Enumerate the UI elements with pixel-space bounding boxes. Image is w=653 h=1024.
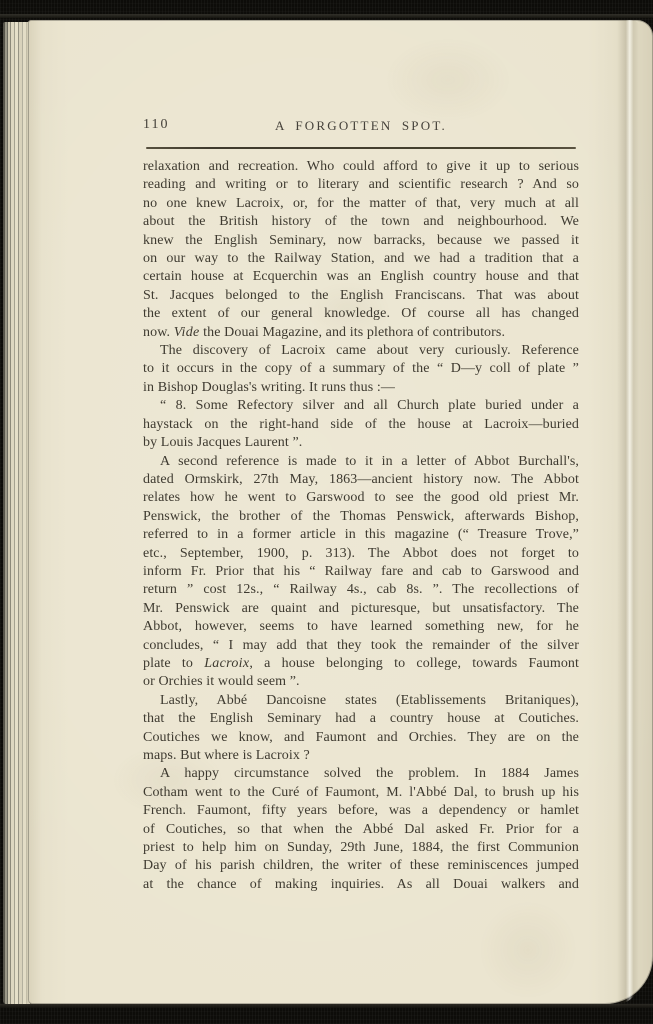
text-line: now. Vide the Douai Magazine, and its pl… (143, 324, 579, 342)
text-line: Day of his parish children, the writer o… (143, 857, 579, 875)
fore-edge-page-stack (3, 22, 30, 1004)
page-body: relaxation and recreation. Who could aff… (143, 158, 579, 894)
cover-seam-top (0, 14, 653, 18)
text-line: etc., September, 1900, p. 313). The Abbo… (143, 545, 579, 563)
text-line: by Louis Jacques Laurent ”. (143, 434, 579, 452)
text-line: the extent of our general knowledge. Of … (143, 305, 579, 323)
text-line: haystack on the right-hand side of the h… (143, 416, 579, 434)
text-line: no one knew Lacroix, or, for the matter … (143, 195, 579, 213)
cover-seam-bottom (0, 1004, 653, 1008)
paragraph: “ 8. Some Refectory silver and all Churc… (143, 397, 579, 452)
text-line: relates how he went to Garswood to see t… (143, 489, 579, 507)
text-line: “ 8. Some Refectory silver and all Churc… (143, 397, 579, 415)
text-line: on our way to the Railway Station, and w… (143, 250, 579, 268)
text-line: return ” cost 12s., “ Railway 4s., cab 8… (143, 581, 579, 599)
text-line: relaxation and recreation. Who could aff… (143, 158, 579, 176)
running-title: A FORGOTTEN SPOT. (143, 118, 579, 134)
text-line: plate to Lacroix, a house belonging to c… (143, 655, 579, 673)
paragraph: Lastly, Abbé Dancoisne states (Etablisse… (143, 692, 579, 766)
header-rule (146, 147, 576, 149)
text-line: A happy circumstance solved the problem.… (143, 765, 579, 783)
text-line: Coutiches we know, and Faumont and Orchi… (143, 729, 579, 747)
text-line: St. Jacques belonged to the English Fran… (143, 287, 579, 305)
text-line: Cotham went to the Curé of Faumont, M. l… (143, 784, 579, 802)
paragraph: A happy circumstance solved the problem.… (143, 765, 579, 894)
text-line: to it occurs in the copy of a summary of… (143, 360, 579, 378)
text-line: of Coutiches, so that when the Abbé Dal … (143, 821, 579, 839)
text-line: dated Ormskirk, 27th May, 1863—ancient h… (143, 471, 579, 489)
text-line: concludes, “ I may add that they took th… (143, 637, 579, 655)
text-line: Abbot, however, seems to have learned so… (143, 618, 579, 636)
text-line: priest to help him on Sunday, 29th June,… (143, 839, 579, 857)
text-line: that the English Seminary had a country … (143, 710, 579, 728)
text-line: knew the English Seminary, now barracks,… (143, 232, 579, 250)
paragraph: A second reference is made to it in a le… (143, 453, 579, 692)
text-line: Lastly, Abbé Dancoisne states (Etablisse… (143, 692, 579, 710)
scanned-book-photo: { "document": { "kind": "scanned-book-pa… (0, 0, 653, 1024)
text-line: maps. But where is Lacroix ? (143, 747, 579, 765)
text-line: Penswick, the brother of the Thomas Pens… (143, 508, 579, 526)
gutter-crease (617, 20, 639, 1004)
paragraph: The discovery of Lacroix came about very… (143, 342, 579, 397)
text-line: at the chance of making inquiries. As al… (143, 876, 579, 894)
text-line: in Bishop Douglas's writing. It runs thu… (143, 379, 579, 397)
text-line: about the British history of the town an… (143, 213, 579, 231)
text-line: The discovery of Lacroix came about very… (143, 342, 579, 360)
text-line: referred to in a former article in this … (143, 526, 579, 544)
text-line: inform Fr. Prior that his “ Railway fare… (143, 563, 579, 581)
book-page: 110 A FORGOTTEN SPOT. relaxation and rec… (28, 20, 653, 1004)
text-line: certain house at Ecquerchin was an Engli… (143, 268, 579, 286)
paragraph: relaxation and recreation. Who could aff… (143, 158, 579, 342)
text-line: Mr. Penswick are quaint and picturesque,… (143, 600, 579, 618)
text-line: or Orchies it would seem ”. (143, 673, 579, 691)
text-line: reading and writing or to literary and s… (143, 176, 579, 194)
text-line: French. Faumont, fifty years before, was… (143, 802, 579, 820)
text-line: A second reference is made to it in a le… (143, 453, 579, 471)
